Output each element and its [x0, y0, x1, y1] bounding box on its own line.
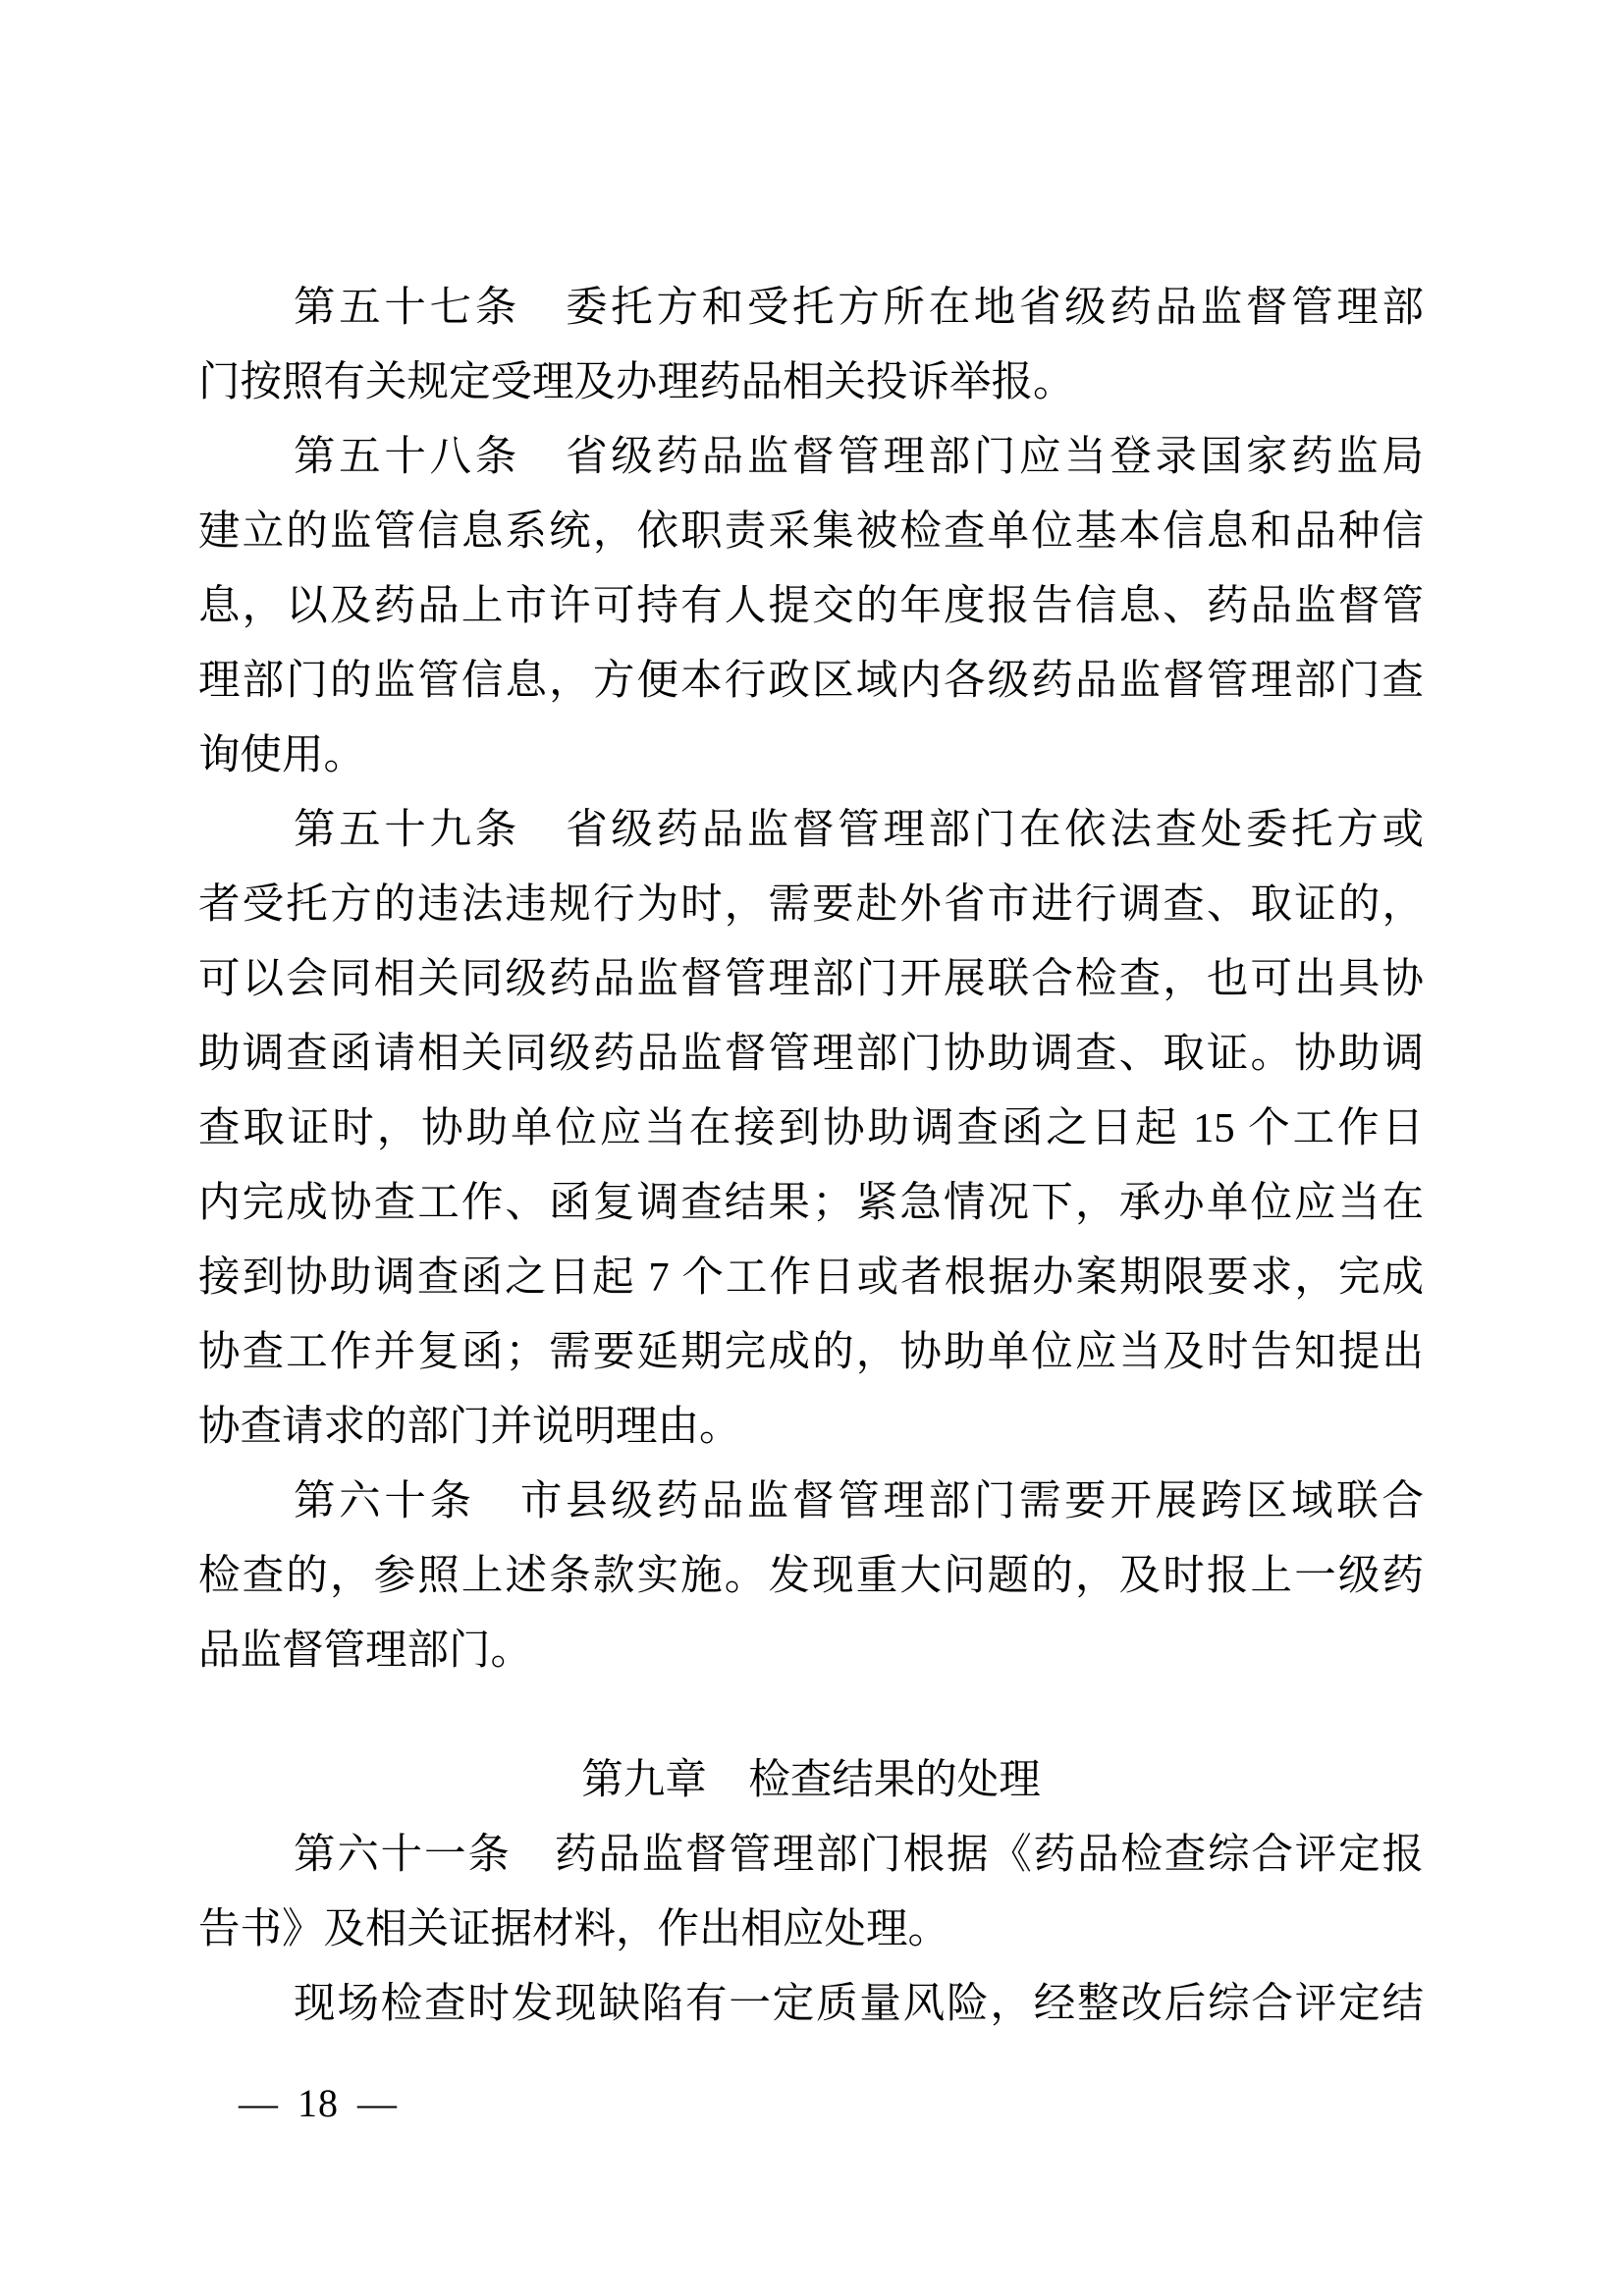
body-line: 告书》及相关证据材料，作出相应处理。 [198, 1893, 1424, 1967]
body-line: 询使用。 [198, 719, 1424, 793]
body-line: 检查的，参照上述条款实施。发现重大问题的，及时报上一级药 [198, 1539, 1424, 1614]
body-line: 现场检查时发现缺陷有一定质量风险，经整改后综合评定结 [198, 1967, 1424, 2042]
body-line: 接到协助调查函之日起 7 个工作日或者根据办案期限要求，完成 [198, 1241, 1424, 1315]
body-line: 协查工作并复函；需要延期完成的，协助单位应当及时告知提出 [198, 1315, 1424, 1390]
body-line: 第五十八条 省级药品监督管理部门应当登录国家药监局 [198, 420, 1424, 495]
body-line: 理部门的监管信息，方便本行政区域内各级药品监督管理部门查 [198, 644, 1424, 719]
body-line: 可以会同相关同级药品监督管理部门开展联合检查，也可出具协 [198, 942, 1424, 1017]
body-line: 助调查函请相关同级药品监督管理部门协助调查、取证。协助调 [198, 1017, 1424, 1092]
body-line: 第五十九条 省级药品监督管理部门在依法查处委托方或 [198, 793, 1424, 868]
paragraph-article-58: 第五十八条 省级药品监督管理部门应当登录国家药监局 建立的监管信息系统，依职责采… [198, 420, 1424, 793]
body-line: 者受托方的违法违规行为时，需要赴外省市进行调查、取证的， [198, 868, 1424, 942]
paragraph-article-59: 第五十九条 省级药品监督管理部门在依法查处委托方或 者受托方的违法违规行为时，需… [198, 793, 1424, 1465]
body-line: 息，以及药品上市许可持有人提交的年度报告信息、药品监督管 [198, 569, 1424, 644]
paragraph-article-57: 第五十七条 委托方和受托方所在地省级药品监督管理部 门按照有关规定受理及办理药品… [198, 271, 1424, 420]
paragraph-article-60: 第六十条 市县级药品监督管理部门需要开展跨区域联合 检查的，参照上述条款实施。发… [198, 1465, 1424, 1688]
body-line: 品监督管理部门。 [198, 1614, 1424, 1688]
body-line: 第六十条 市县级药品监督管理部门需要开展跨区域联合 [198, 1465, 1424, 1539]
body-line: 第五十七条 委托方和受托方所在地省级药品监督管理部 [198, 271, 1424, 346]
body-line: 查取证时，协助单位应当在接到协助调查函之日起 15 个工作日 [198, 1092, 1424, 1166]
body-line: 建立的监管信息系统，依职责采集被检查单位基本信息和品种信 [198, 495, 1424, 569]
body-line: 第六十一条 药品监督管理部门根据《药品检查综合评定报 [198, 1818, 1424, 1893]
paragraph-article-61: 第六十一条 药品监督管理部门根据《药品检查综合评定报 告书》及相关证据材料，作出… [198, 1818, 1424, 1967]
document-page: 第五十七条 委托方和受托方所在地省级药品监督管理部 门按照有关规定受理及办理药品… [0, 0, 1624, 2296]
body-line: 门按照有关规定受理及办理药品相关投诉举报。 [198, 346, 1424, 420]
chapter-heading: 第九章 检查结果的处理 [198, 1743, 1424, 1818]
body-text: 第五十七条 委托方和受托方所在地省级药品监督管理部 门按照有关规定受理及办理药品… [198, 271, 1424, 2042]
body-line: 内完成协查工作、函复调查结果；紧急情况下，承办单位应当在 [198, 1166, 1424, 1241]
paragraph-continuation: 现场检查时发现缺陷有一定质量风险，经整改后综合评定结 [198, 1967, 1424, 2042]
body-line: 协查请求的部门并说明理由。 [198, 1390, 1424, 1465]
page-number: — 18 — [239, 2078, 398, 2129]
